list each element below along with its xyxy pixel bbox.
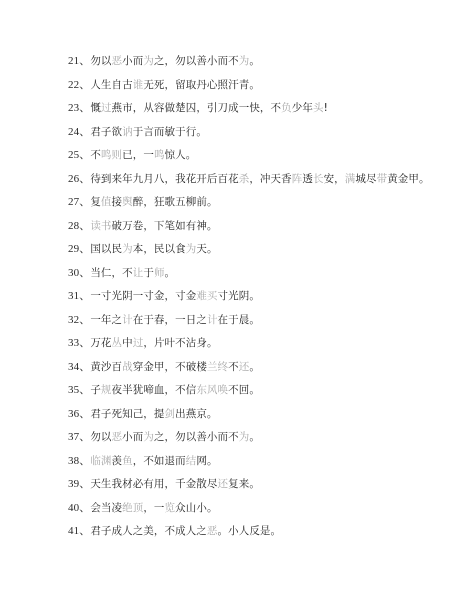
line-number: 30、	[68, 267, 90, 279]
text-segment: 之，勿以善小而不	[154, 431, 239, 443]
light-text-segment: 为	[143, 431, 154, 443]
light-text-segment: 规	[101, 384, 112, 396]
light-text-segment: 战	[122, 361, 133, 373]
text-segment: 会当凌	[90, 502, 122, 514]
light-text-segment: 为	[239, 55, 250, 67]
light-text-segment: 兰终	[207, 361, 228, 373]
light-text-segment: 东风唤	[196, 384, 228, 396]
text-segment: 。	[165, 267, 176, 279]
light-text-segment: 杀	[239, 173, 250, 185]
light-text-segment: 结	[186, 455, 197, 467]
light-text-segment: 绝顶	[122, 502, 143, 514]
line-number: 24、	[68, 126, 90, 138]
text-segment: 出燕京。	[175, 408, 217, 420]
light-text-segment: 过	[133, 337, 144, 349]
text-segment: 透	[302, 173, 313, 185]
text-line: 24、君子欲讷于言而敏于行。	[68, 124, 207, 140]
light-text-segment: 舆	[122, 196, 133, 208]
text-segment: 中	[122, 337, 133, 349]
light-text-segment: 计	[122, 314, 133, 326]
text-line: 21、勿以恶小而为之，勿以善小而不为。	[68, 53, 260, 69]
light-text-segment: 读书	[90, 220, 111, 232]
line-number: 35、	[68, 384, 90, 396]
text-segment: 之，勿以善小而不	[154, 55, 239, 67]
text-line: 28、读书破万卷，下笔如有神。	[68, 218, 218, 234]
text-line: 29、国以民为本，民以食为天。	[68, 241, 218, 257]
text-line: 35、子规夜半犹啼血，不信东风唤不回。	[68, 382, 260, 398]
text-line: 27、复值接舆醉，狂歌五柳前。	[68, 194, 218, 210]
text-segment: 一年之	[90, 314, 122, 326]
text-segment: 。	[249, 361, 260, 373]
light-text-segment: 丛	[112, 337, 123, 349]
light-text-segment: 阵	[292, 173, 303, 185]
text-line: 40、会当凌绝顶，一览众山小。	[68, 500, 218, 516]
light-text-segment: 头	[313, 102, 324, 114]
text-segment: ，片叶不沾身。	[143, 337, 217, 349]
text-segment: 黄沙百	[90, 361, 122, 373]
text-segment: 已，一	[122, 149, 154, 161]
text-line: 22、人生自古谁无死，留取丹心照汗青。	[68, 77, 260, 93]
text-line: 32、一年之计在于春，一日之计在于晨。	[68, 312, 260, 328]
text-segment: 一寸光阴一寸金，寸金	[90, 290, 196, 302]
light-text-segment: 鸣	[154, 149, 165, 161]
text-segment: !	[324, 102, 328, 114]
text-line: 34、黄沙百战穿金甲，不破楼兰终不还。	[68, 359, 260, 375]
light-text-segment: 鱼	[122, 455, 133, 467]
text-segment: 安，	[324, 173, 345, 185]
text-segment: 待到来年九月八，我花开后百花	[90, 173, 238, 185]
light-text-segment: 计	[207, 314, 218, 326]
document-page: 21、勿以恶小而为之，勿以善小而不为。22、人生自古谁无死，留取丹心照汗青。23…	[0, 0, 463, 600]
line-number: 37、	[68, 431, 90, 443]
light-text-segment: 为	[186, 243, 197, 255]
text-segment: 慨	[90, 102, 101, 114]
light-text-segment: 长	[313, 173, 324, 185]
text-segment: 当仁，不	[90, 267, 132, 279]
text-segment: 天。	[196, 243, 217, 255]
line-number: 25、	[68, 149, 90, 161]
text-segment: 不	[90, 149, 101, 161]
light-text-segment: 值	[101, 196, 112, 208]
light-text-segment: 为	[122, 243, 133, 255]
light-text-segment: 师	[154, 267, 165, 279]
text-segment: 在于春，一日之	[133, 314, 207, 326]
text-segment: 城尽	[355, 173, 376, 185]
line-number: 38、	[68, 455, 90, 467]
line-number: 36、	[68, 408, 90, 420]
light-text-segment: 让	[133, 267, 144, 279]
text-segment: 小而	[122, 431, 143, 443]
text-segment: ，不如退而	[133, 455, 186, 467]
light-text-segment: 临渊	[90, 455, 111, 467]
text-segment: 本，民以食	[133, 243, 186, 255]
text-line: 25、不鸣则已，一鸣惊人。	[68, 147, 196, 163]
text-segment: 网。	[196, 455, 217, 467]
text-segment: 少年	[292, 102, 313, 114]
text-segment: 不回。	[228, 384, 260, 396]
line-number: 22、	[68, 79, 90, 91]
light-text-segment: 带	[377, 173, 388, 185]
line-number: 28、	[68, 220, 90, 232]
text-segment: 不	[228, 361, 239, 373]
text-segment: 勿以	[90, 55, 111, 67]
text-segment: ，冲天香	[249, 173, 291, 185]
text-segment: 复来。	[228, 478, 260, 490]
light-text-segment: 恶	[112, 55, 123, 67]
text-segment: 燕市，从容做楚囚，引刀成一快，不	[112, 102, 282, 114]
text-segment: 万花	[90, 337, 111, 349]
text-segment: 子	[90, 384, 101, 396]
text-line: 26、待到来年九月八，我花开后百花杀，冲天香阵透长安，满城尽带黄金甲。	[68, 171, 430, 187]
line-number: 27、	[68, 196, 90, 208]
text-segment: 在于晨。	[218, 314, 260, 326]
light-text-segment: 难买	[196, 290, 217, 302]
light-text-segment: 负	[281, 102, 292, 114]
text-segment: 天生我材必有用，千金散尽	[90, 478, 217, 490]
light-text-segment: 恶	[207, 525, 218, 537]
line-number: 41、	[68, 525, 90, 537]
light-text-segment: 满	[345, 173, 356, 185]
light-text-segment: 还	[218, 478, 229, 490]
line-number: 26、	[68, 173, 90, 185]
line-number: 32、	[68, 314, 90, 326]
text-segment: 众山小。	[175, 502, 217, 514]
line-number: 21、	[68, 55, 90, 67]
light-text-segment: 览	[165, 502, 176, 514]
text-segment: 君子成人之美，不成人之	[90, 525, 207, 537]
text-segment: 君子死知己，提	[90, 408, 164, 420]
text-line: 30、当仁，不让于师。	[68, 265, 175, 281]
line-number: 39、	[68, 478, 90, 490]
text-segment: 君子欲	[90, 126, 122, 138]
light-text-segment: 为	[239, 431, 250, 443]
light-text-segment: 为	[143, 55, 154, 67]
light-text-segment: 还	[239, 361, 250, 373]
line-number: 29、	[68, 243, 90, 255]
text-line: 31、一寸光阴一寸金，寸金难买寸光阴。	[68, 288, 260, 304]
text-segment: 穿金甲，不破楼	[133, 361, 207, 373]
text-segment: 寸光阴。	[218, 290, 260, 302]
text-segment: 复	[90, 196, 101, 208]
text-line: 33、万花丛中过，片叶不沾身。	[68, 335, 218, 351]
text-segment: 夜半犹啼血，不信	[112, 384, 197, 396]
line-number: 33、	[68, 337, 90, 349]
text-segment: 惊人。	[165, 149, 197, 161]
text-segment: 勿以	[90, 431, 111, 443]
text-segment: 醉，狂歌五柳前。	[133, 196, 218, 208]
text-segment: 。小人反是。	[218, 525, 282, 537]
line-number: 23、	[68, 102, 90, 114]
light-text-segment: 恶	[112, 431, 123, 443]
text-segment: 于言而敏于行。	[133, 126, 207, 138]
light-text-segment: 鸣则	[101, 149, 122, 161]
line-number: 34、	[68, 361, 90, 373]
text-segment: 无死，留取丹心照汗青。	[143, 79, 260, 91]
light-text-segment: 剑	[165, 408, 176, 420]
text-line: 36、君子死知己，提剑出燕京。	[68, 406, 218, 422]
text-segment: 羡	[112, 455, 123, 467]
text-line: 39、天生我材必有用，千金散尽还复来。	[68, 476, 260, 492]
line-number: 31、	[68, 290, 90, 302]
light-text-segment: 过	[101, 102, 112, 114]
text-segment: ，一	[143, 502, 164, 514]
text-segment: 于	[143, 267, 154, 279]
text-segment: 黄金甲。	[387, 173, 429, 185]
text-segment: 人生自古	[90, 79, 132, 91]
text-line: 41、君子成人之美，不成人之恶。小人反是。	[68, 523, 281, 539]
light-text-segment: 谁	[133, 79, 144, 91]
text-segment: 。	[249, 431, 260, 443]
line-number: 40、	[68, 502, 90, 514]
text-segment: 破万卷，下笔如有神。	[112, 220, 218, 232]
light-text-segment: 讷	[122, 126, 133, 138]
text-segment: 。	[249, 55, 260, 67]
text-segment: 小而	[122, 55, 143, 67]
text-segment: 接	[112, 196, 123, 208]
text-line: 38、临渊羡鱼，不如退而结网。	[68, 453, 218, 469]
text-line: 23、慨过燕市，从容做楚囚，引刀成一快，不负少年头!	[68, 100, 328, 116]
text-line: 37、勿以恶小而为之，勿以善小而不为。	[68, 429, 260, 445]
text-segment: 国以民	[90, 243, 122, 255]
